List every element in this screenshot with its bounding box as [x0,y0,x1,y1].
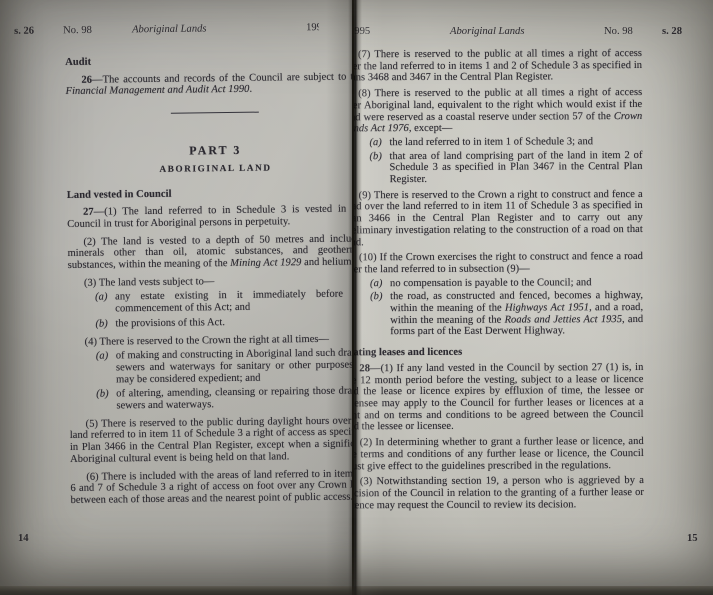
text-segment: PART 3 [189,143,241,158]
text-segment: of making and constructing in Aboriginal… [116,348,354,385]
section-heading: Land vested in Council [67,186,354,201]
paragraph: (7) There is reserved to the public at a… [354,48,642,84]
page-number-right: 15 [687,533,698,544]
text-segment: the provisions of this Act. [115,317,225,329]
left-page-content: Audit26—The accounts and records of the … [65,40,354,506]
paragraph: 28—(1) If any land vested in the Council… [354,362,644,434]
text-segment: ABORIGINAL LAND [159,162,271,173]
paragraph: (6) There is included with the areas of … [70,468,354,507]
part-subheading: ABORIGINAL LAND [66,161,354,176]
text-segment: Land vested in Council [67,188,172,200]
text-segment: (8) There is reserved to the public at a… [354,87,642,123]
year-clip: 1995 [306,22,319,36]
text-segment: (5) There is reserved to the public duri… [70,415,354,465]
list-item: (b)of altering, amending, cleansing or r… [69,386,354,413]
text-segment: and helium. [301,257,354,269]
right-page-content: (7) There is reserved to the public at a… [354,44,644,512]
paragraph: 26—The accounts and records of the Counc… [65,71,354,98]
text-segment: 28 [359,363,370,374]
item-label: (a) [370,278,382,290]
text-segment: . [249,84,252,95]
paragraph: (9) There is reserved to the Crown a rig… [354,189,643,249]
page-number-left: 14 [18,533,29,544]
item-text: any estate existing in it immediately be… [115,289,354,315]
text-segment: (3) The land vests subject to— [84,276,215,289]
list-item: (a)no compensation is payable to the Cou… [354,277,643,290]
item-label: (a) [369,137,381,149]
text-segment: (3) Notwithstanding section 19, a person… [354,475,644,511]
running-title: Aboriginal Lands [132,23,207,35]
list-item: (b)the provisions of this Act. [68,315,354,330]
section-ref: s. 26 [14,26,34,37]
text-segment: of altering, amending, cleansing or repa… [116,386,354,412]
list-item: (a)of making and constructing in Aborigi… [69,348,354,387]
item-label: (b) [95,318,108,330]
text-segment: the land referred to in item 1 of Schedu… [389,136,593,148]
item-label: (b) [369,151,381,163]
text-segment: 27 [83,207,94,218]
text-segment: any estate existing in it immediately be… [115,289,354,315]
text-segment: (9) There is reserved to the Crown a rig… [354,189,643,248]
paragraph: (3) Notwithstanding section 19, a person… [354,475,644,511]
text-segment: (7) There is reserved to the public at a… [354,48,642,84]
act-number: No. 98 [604,26,633,37]
item-text: of making and constructing in Aboriginal… [116,348,354,385]
book-spread: s. 26 No. 98 Aboriginal Lands 1995 Audit… [0,0,713,595]
text-segment: Highways Act 1951 [505,302,589,313]
list-item: (a)the land referred to in item 1 of Sch… [354,136,642,149]
item-text: the provisions of this Act. [115,317,225,329]
paragraph: (3) The land vests subject to— [68,274,354,289]
section-ref: s. 28 [662,26,682,37]
paragraph: (8) There is reserved to the public at a… [354,87,642,135]
paragraph: (2) In determining whether to grant a fu… [354,436,644,472]
item-text: the land referred to in item 1 of Schedu… [389,136,593,148]
paragraph: (5) There is reserved to the public duri… [70,415,354,465]
item-text: the road, as constructed and fenced, bec… [390,290,643,337]
text-segment: (2) In determining whether to grant a fu… [354,436,644,472]
text-segment: 26 [81,74,92,85]
text-segment: —(1) The land referred to in Schedule 3 … [67,204,354,230]
item-text: that area of land comprising part of the… [389,150,642,186]
item-text: of altering, amending, cleansing or repa… [116,386,354,412]
item-label: (a) [95,292,108,304]
text-segment: (4) There is reserved to the Crown the r… [85,333,330,347]
text-segment: (10) If the Crown exercises the right to… [354,251,643,275]
right-page: 1995 Aboriginal Lands No. 98 s. 28 (7) T… [354,0,713,590]
list-item: (a)any estate existing in it immediately… [68,289,354,316]
paragraph: (4) There is reserved to the Crown the r… [69,333,354,348]
left-page: s. 26 No. 98 Aboriginal Lands 1995 Audit… [0,0,354,590]
text-segment: —The accounts and records of the Council… [92,71,354,85]
text-segment: Audit [65,57,91,68]
text-segment: (6) There is included with the areas of … [70,468,354,506]
text-segment: Mining Act 1929 [230,257,301,269]
text-segment: no compensation is payable to the Counci… [390,277,592,289]
text-segment: ating leases and licences [354,347,462,358]
item-label: (b) [370,291,382,303]
act-number: No. 98 [63,25,92,36]
section-heading: Audit [65,53,354,68]
text-segment: that area of land comprising part of the… [389,150,642,186]
list-item: (b)that area of land comprising part of … [354,150,643,186]
paragraph: (10) If the Crown exercises the right to… [354,251,643,276]
text-segment: Roads and Jetties Act 1935 [505,314,623,326]
right-page-header: 1995 Aboriginal Lands No. 98 s. 28 [354,26,713,41]
item-label: (a) [96,351,109,363]
edition-year: 1995 [306,22,319,33]
text-segment: —(1) If any land vested in the Council b… [354,362,644,433]
running-title: Aboriginal Lands [450,26,524,37]
text-segment: , except— [409,123,453,134]
section-heading: ating leases and licences [354,346,643,359]
left-page-header: s. 26 No. 98 Aboriginal Lands 1995 [0,22,354,41]
paragraph: 27—(1) The land referred to in Schedule … [67,204,354,231]
item-text: no compensation is payable to the Counci… [390,277,592,289]
part-heading: PART 3 [66,143,354,158]
item-label: (b) [96,389,109,401]
list-item: (b)the road, as constructed and fenced, … [354,290,643,338]
text-segment: Financial Management and Audit Act 1990 [66,84,250,97]
paragraph: (2) The land is vested to a depth of 50 … [67,233,354,272]
edition-year: 1995 [354,26,370,37]
divider-rule [171,112,259,114]
